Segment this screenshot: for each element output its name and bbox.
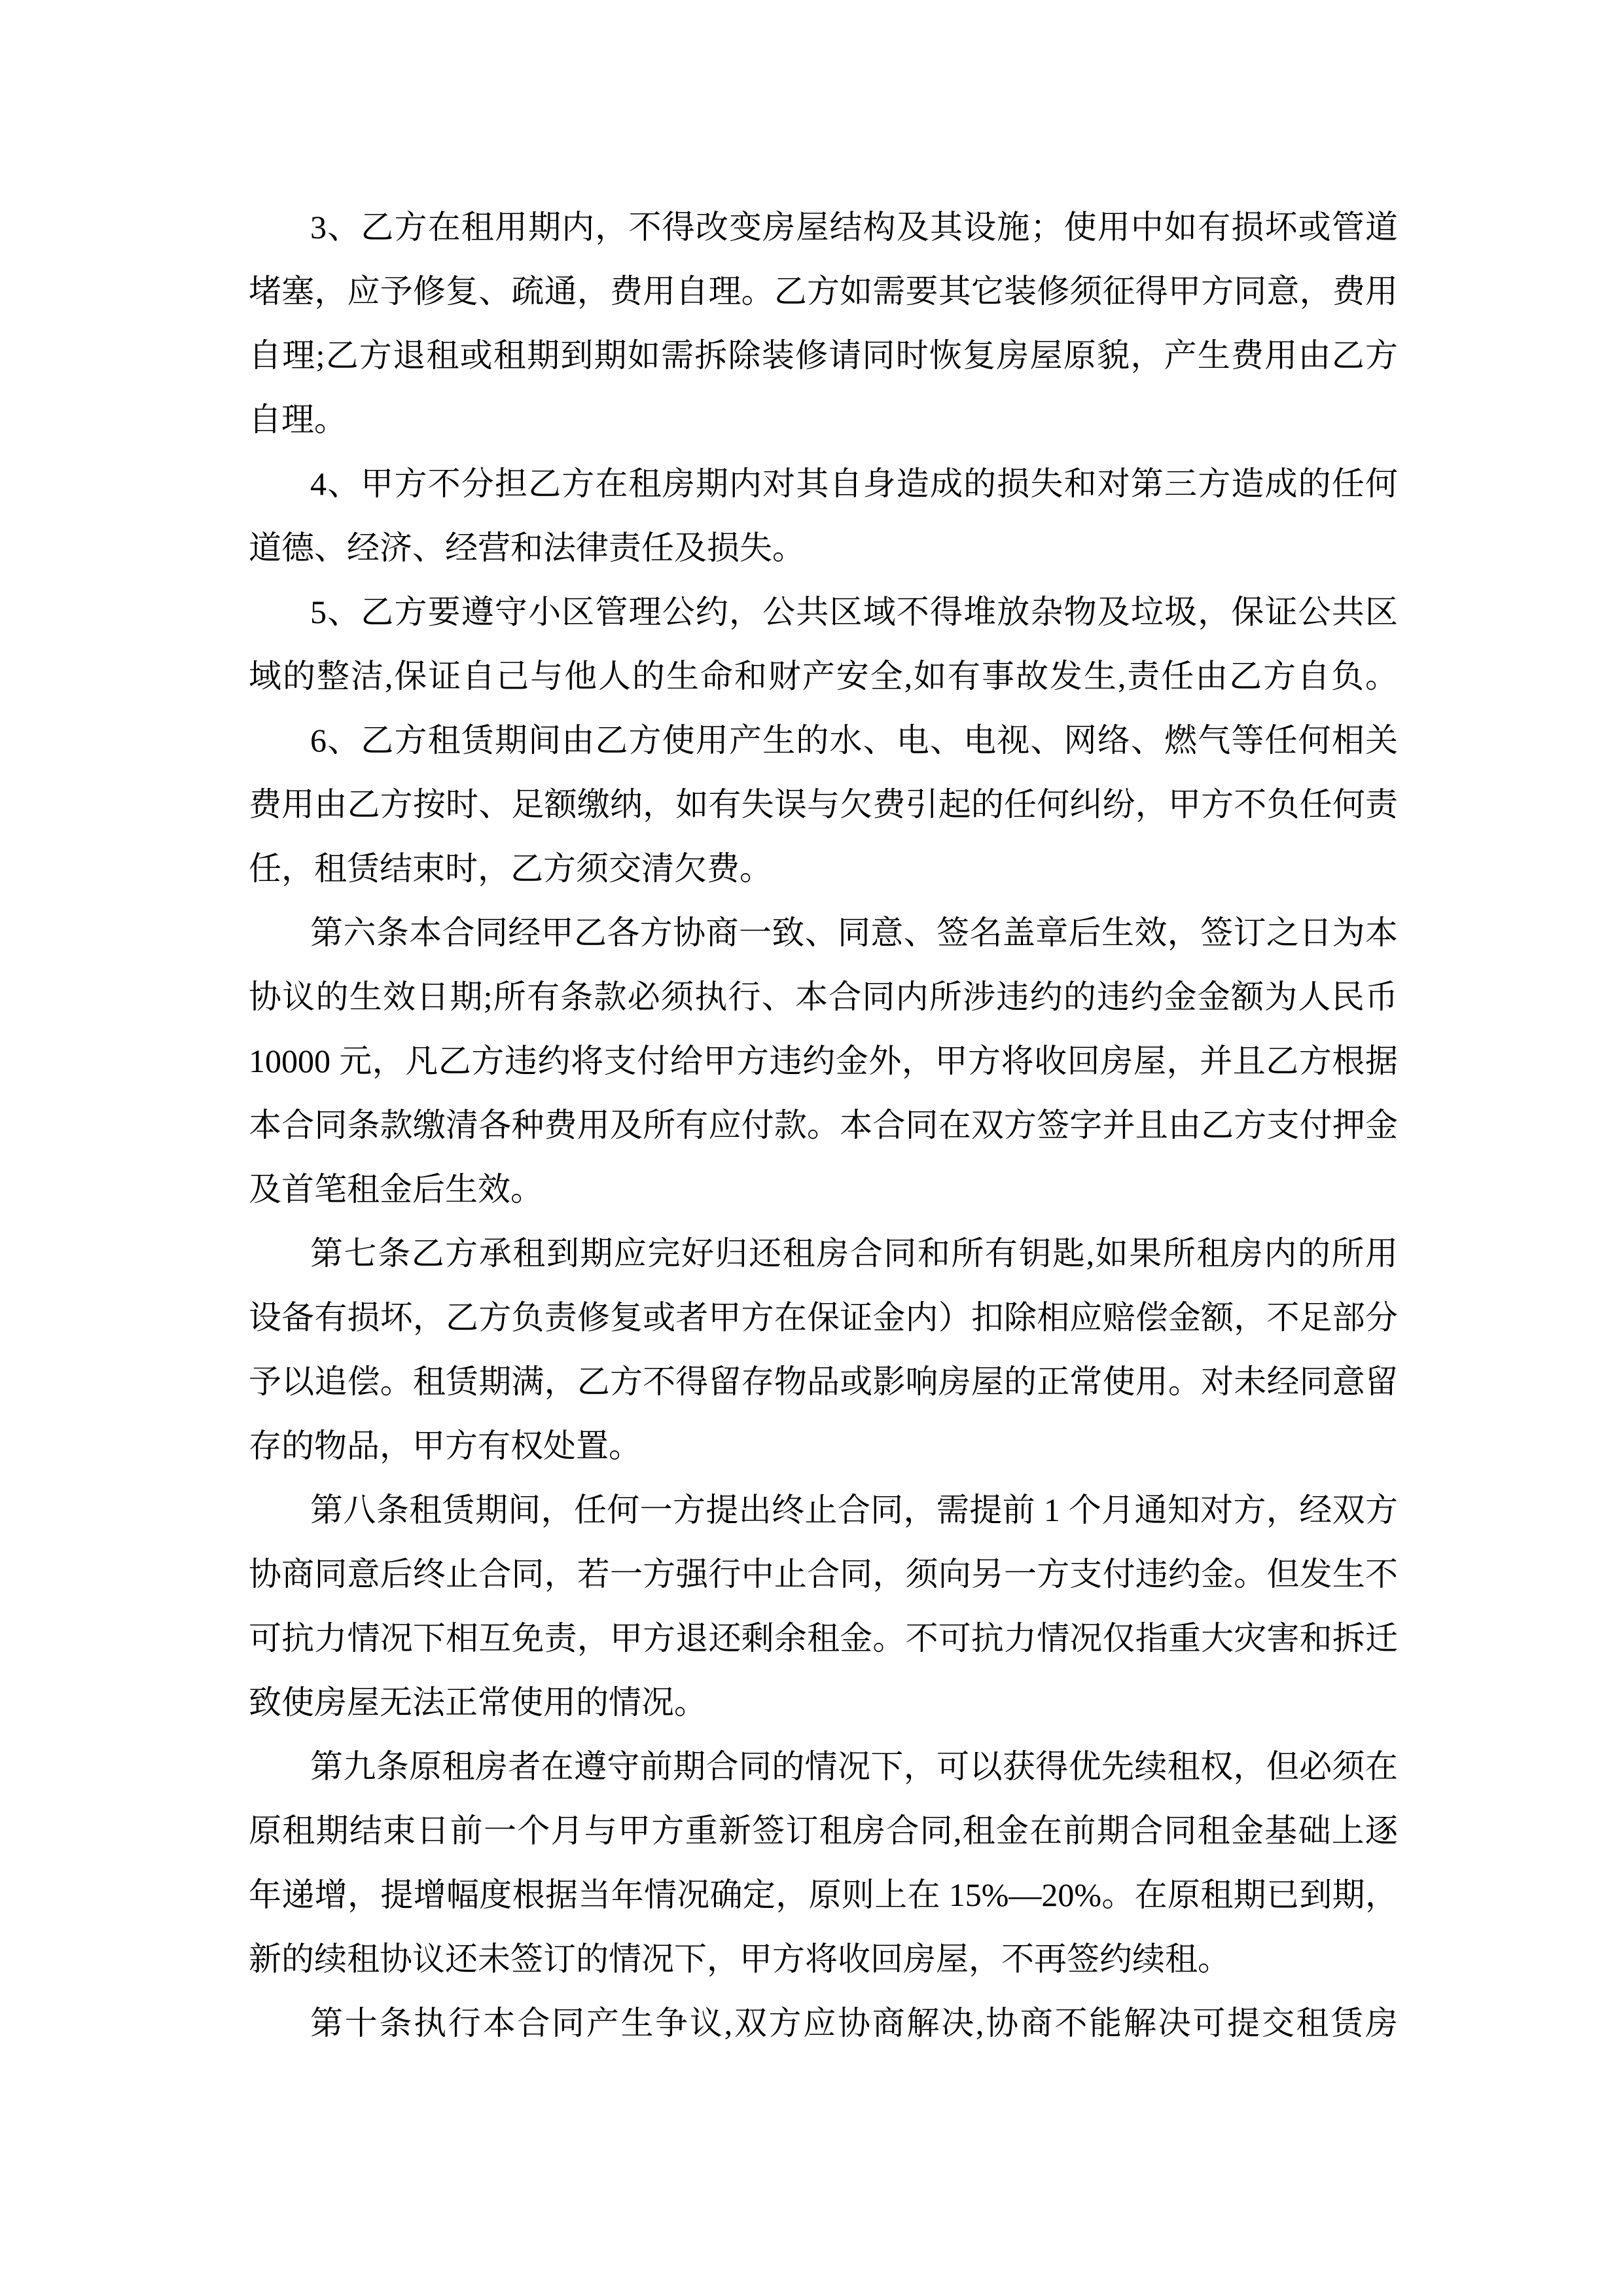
- text-line: 存的物品，甲方有权处置。: [249, 1414, 1398, 1478]
- text-line: 4、甲方不分担乙方在租房期内对其自身造成的损失和对第三方造成的任何: [249, 452, 1398, 516]
- text-line: 致使房屋无法正常使用的情况。: [249, 1670, 1398, 1734]
- text-line: 本合同条款缴清各种费用及所有应付款。本合同在双方签字并且由乙方支付押金: [249, 1093, 1398, 1157]
- text-line: 协商同意后终止合同，若一方强行中止合同，须向另一方支付违约金。但发生不: [249, 1542, 1398, 1606]
- text-line: 6、乙方租赁期间由乙方使用产生的水、电、电视、网络、燃气等任何相关: [249, 708, 1398, 772]
- text-line: 第十条执行本合同产生争议,双方应协商解决,协商不能解决可提交租赁房: [249, 1991, 1398, 2055]
- text-line: 新的续租协议还未签订的情况下，甲方将收回房屋，不再签约续租。: [249, 1927, 1398, 1991]
- text-line: 5、乙方要遵守小区管理公约，公共区域不得堆放杂物及垃圾，保证公共区: [249, 580, 1398, 644]
- text-line: 第八条租赁期间，任何一方提出终止合同，需提前 1 个月通知对方，经双方: [249, 1478, 1398, 1542]
- text-line: 3、乙方在租用期内，不得改变房屋结构及其设施；使用中如有损坏或管道: [249, 195, 1398, 259]
- text-line: 第六条本合同经甲乙各方协商一致、同意、签名盖章后生效，签订之日为本: [249, 901, 1398, 965]
- text-line: 及首笔租金后生效。: [249, 1157, 1398, 1221]
- text-line: 自理;乙方退租或租期到期如需拆除装修请同时恢复房屋原貌，产生费用由乙方: [249, 323, 1398, 387]
- text-line: 第九条原租房者在遵守前期合同的情况下，可以获得优先续租权，但必须在: [249, 1734, 1398, 1799]
- text-line: 堵塞，应予修复、疏通，费用自理。乙方如需要其它装修须征得甲方同意，费用: [249, 259, 1398, 323]
- document-page: 3、乙方在租用期内，不得改变房屋结构及其设施；使用中如有损坏或管道堵塞，应予修复…: [0, 0, 1623, 2296]
- text-line: 费用由乙方按时、足额缴纳，如有失误与欠费引起的任何纠纷，甲方不负任何责: [249, 772, 1398, 836]
- text-line: 可抗力情况下相互免责，甲方退还剩余租金。不可抗力情况仅指重大灾害和拆迁: [249, 1606, 1398, 1670]
- text-line: 原租期结束日前一个月与甲方重新签订租房合同,租金在前期合同租金基础上逐: [249, 1799, 1398, 1863]
- text-line: 设备有损坏，乙方负责修复或者甲方在保证金内）扣除相应赔偿金额，不足部分: [249, 1285, 1398, 1350]
- text-line: 年递增，提增幅度根据当年情况确定，原则上在 15%—20%。在原租期已到期，: [249, 1863, 1398, 1927]
- text-line: 10000 元，凡乙方违约将支付给甲方违约金外，甲方将收回房屋，并且乙方根据: [249, 1029, 1398, 1093]
- text-line: 予以追偿。租赁期满，乙方不得留存物品或影响房屋的正常使用。对未经同意留: [249, 1350, 1398, 1414]
- text-line: 域的整洁,保证自己与他人的生命和财产安全,如有事故发生,责任由乙方自负。: [249, 644, 1398, 708]
- text-line: 自理。: [249, 387, 1398, 452]
- text-line: 任，租赁结束时，乙方须交清欠费。: [249, 836, 1398, 901]
- text-line: 第七条乙方承租到期应完好归还租房合同和所有钥匙,如果所租房内的所用: [249, 1221, 1398, 1285]
- contract-text-block: 3、乙方在租用期内，不得改变房屋结构及其设施；使用中如有损坏或管道堵塞，应予修复…: [249, 195, 1398, 2055]
- text-line: 道德、经济、经营和法律责任及损失。: [249, 516, 1398, 580]
- text-line: 协议的生效日期;所有条款必须执行、本合同内所涉违约的违约金金额为人民币: [249, 965, 1398, 1029]
